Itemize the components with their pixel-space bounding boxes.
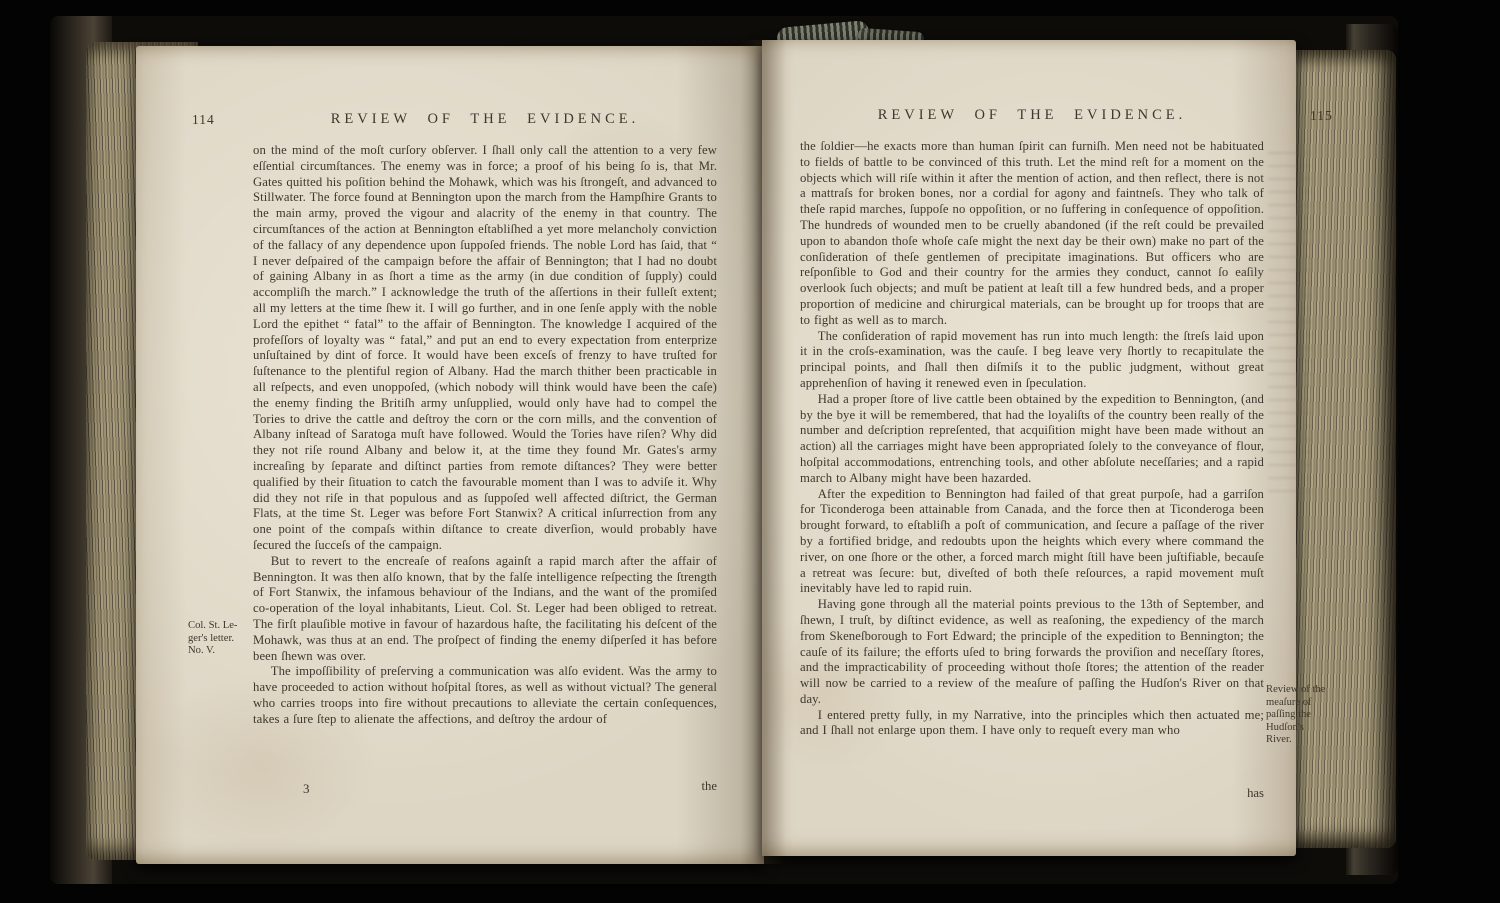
- margin-note-line: Col. St. Le-: [188, 620, 252, 633]
- right-catchword: has: [800, 786, 1264, 801]
- paragraph: The conſideration of rapid movement has …: [800, 329, 1264, 392]
- paragraph: on the mind of the moſt curſory obſerver…: [253, 143, 717, 554]
- paragraph: the ſoldier—he exacts more than human ſp…: [800, 139, 1264, 329]
- right-page-number: 115: [1310, 108, 1333, 124]
- right-margin-note: Review of the meaſure of paſſing the Hud…: [1266, 684, 1338, 747]
- margin-note-line: Review of the: [1266, 684, 1338, 697]
- margin-note-line: ger's letter.: [188, 633, 252, 646]
- paragraph: I entered pretty fully, in my Narrative,…: [800, 708, 1264, 740]
- gutter-shadow: [740, 40, 786, 864]
- paragraph: Having gone through all the material poi…: [800, 597, 1264, 708]
- left-text-block: on the mind of the moſt curſory obſerver…: [253, 143, 717, 727]
- margin-note-line: River.: [1266, 734, 1338, 747]
- show-through-text: [1268, 152, 1312, 492]
- margin-note-line: paſſing the: [1266, 709, 1338, 722]
- right-running-title: REVIEW OF THE EVIDENCE.: [800, 107, 1264, 124]
- photo-background: 114 REVIEW OF THE EVIDENCE. on the mind …: [0, 0, 1500, 903]
- margin-note-line: No. V.: [188, 645, 252, 658]
- right-text-block: the ſoldier—he exacts more than human ſp…: [800, 139, 1264, 739]
- left-catchword: the: [253, 779, 717, 794]
- left-margin-note: Col. St. Le- ger's letter. No. V.: [188, 620, 252, 658]
- paragraph: The impoſſibility of preſerving a commun…: [253, 664, 717, 727]
- left-page-number: 114: [192, 112, 215, 128]
- paragraph: After the expedition to Bennington had f…: [800, 487, 1264, 598]
- margin-note-line: Hudſon's: [1266, 722, 1338, 735]
- paragraph: Had a proper ſtore of live cattle been o…: [800, 392, 1264, 487]
- paragraph: But to revert to the encreaſe of reaſons…: [253, 554, 717, 665]
- margin-note-line: meaſure of: [1266, 697, 1338, 710]
- left-running-title: REVIEW OF THE EVIDENCE.: [253, 111, 717, 128]
